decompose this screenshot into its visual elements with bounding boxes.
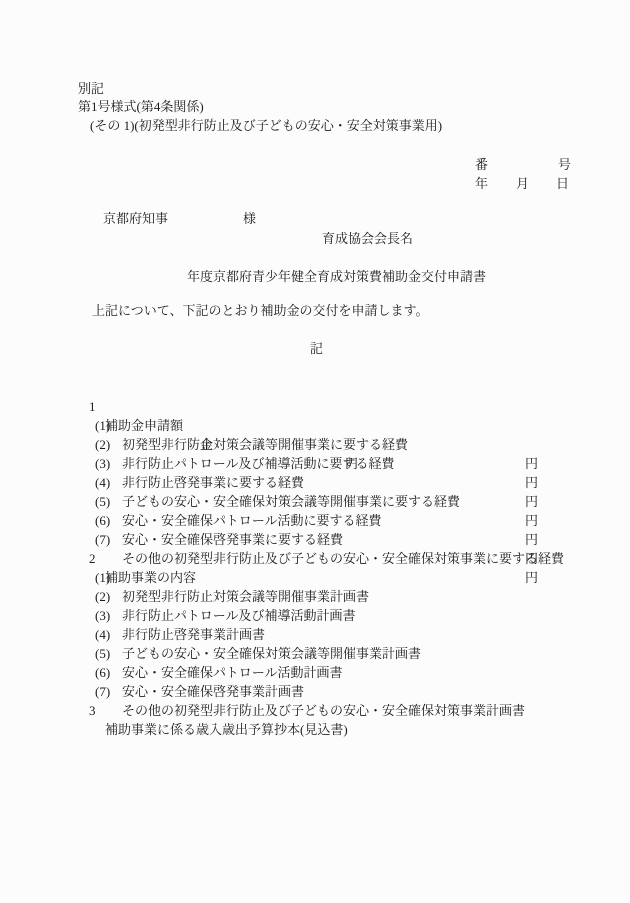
document-title: 年度京都府青少年健全育成対策費補助金交付申請書	[187, 268, 486, 285]
sender-name: 育成協会会長名	[322, 230, 413, 247]
plan-item-row: (5) 安心・安全確保パトロール活動計画書	[0, 625, 630, 644]
expense-item-row: (7) その他の初発型非行防止及び子どもの安心・安全確保対策事業に要する経費 円	[0, 511, 630, 530]
plan-item-row: (4) 子どもの安心・安全確保対策会議等開催事業計画書	[0, 606, 630, 625]
section3-heading-row: 3 補助事業に係る歳入歳出予算抄本(見込書)	[0, 682, 630, 701]
expense-item-row: (6) 安心・安全確保啓発事業に要する経費 円	[0, 492, 630, 511]
expense-item-row: (5) 安心・安全確保パトロール活動に要する経費 円	[0, 473, 630, 492]
date-day-label: 日	[556, 176, 569, 191]
expense-item-row: (4) 子どもの安心・安全確保対策会議等開催事業に要する経費 円	[0, 454, 630, 473]
plan-item-row: (1) 初発型非行防止対策会議等開催事業計画書	[0, 549, 630, 568]
document-page: 別記 第1号様式(第4条関係) (その 1)(初発型非行防止及び子どもの安心・安…	[0, 0, 630, 903]
item-text: その他の初発型非行防止及び子どもの安心・安全確保対策事業計画書	[122, 701, 525, 720]
plan-item-row: (3) 非行防止啓発事業計画書	[0, 587, 630, 606]
ki-separator: 記	[310, 340, 323, 357]
addressee-line: 京都府知事様	[90, 193, 256, 244]
plan-item-row: (7) その他の初発型非行防止及び子どもの安心・安全確保対策事業計画書	[0, 663, 630, 682]
addressee-name: 京都府知事	[103, 211, 168, 226]
plan-item-row: (6) 安心・安全確保啓発事業計画書	[0, 644, 630, 663]
section3-number: 3	[89, 701, 96, 720]
expense-item-row: (1) 初発型非行防止対策会議等開催事業に要する経費 円	[0, 397, 630, 416]
expense-item-row: (2) 非行防止パトロール及び補導活動に要する経費 円	[0, 416, 630, 435]
section3-heading: 補助事業に係る歳入歳出予算抄本(見込書)	[105, 720, 348, 739]
form-number: 第1号様式(第4条関係)	[78, 98, 204, 115]
date-year-label: 年	[475, 176, 488, 191]
date-month-label: 月	[516, 176, 529, 191]
addressee-honorific: 様	[243, 211, 256, 226]
doc-date-line: 年月日	[462, 158, 569, 209]
body-sentence: 上記について、下記のとおり補助金の交付を申請します。	[92, 302, 428, 319]
plan-item-row: (2) 非行防止パトロール及び補導活動計画書	[0, 568, 630, 587]
annex-note: 別記	[78, 80, 104, 97]
expense-item-row: (3) 非行防止啓発事業に要する経費 円	[0, 435, 630, 454]
form-subtitle: (その 1)(初発型非行防止及び子どもの安心・安全対策事業用)	[90, 117, 442, 134]
section1-heading-row: 1 補助金申請額 金 円	[0, 378, 630, 397]
sections-block: 1 補助金申請額 金 円 (1) 初発型非行防止対策会議等開催事業に要する経費 …	[0, 378, 630, 701]
section2-heading-row: 2 補助事業の内容	[0, 530, 630, 549]
